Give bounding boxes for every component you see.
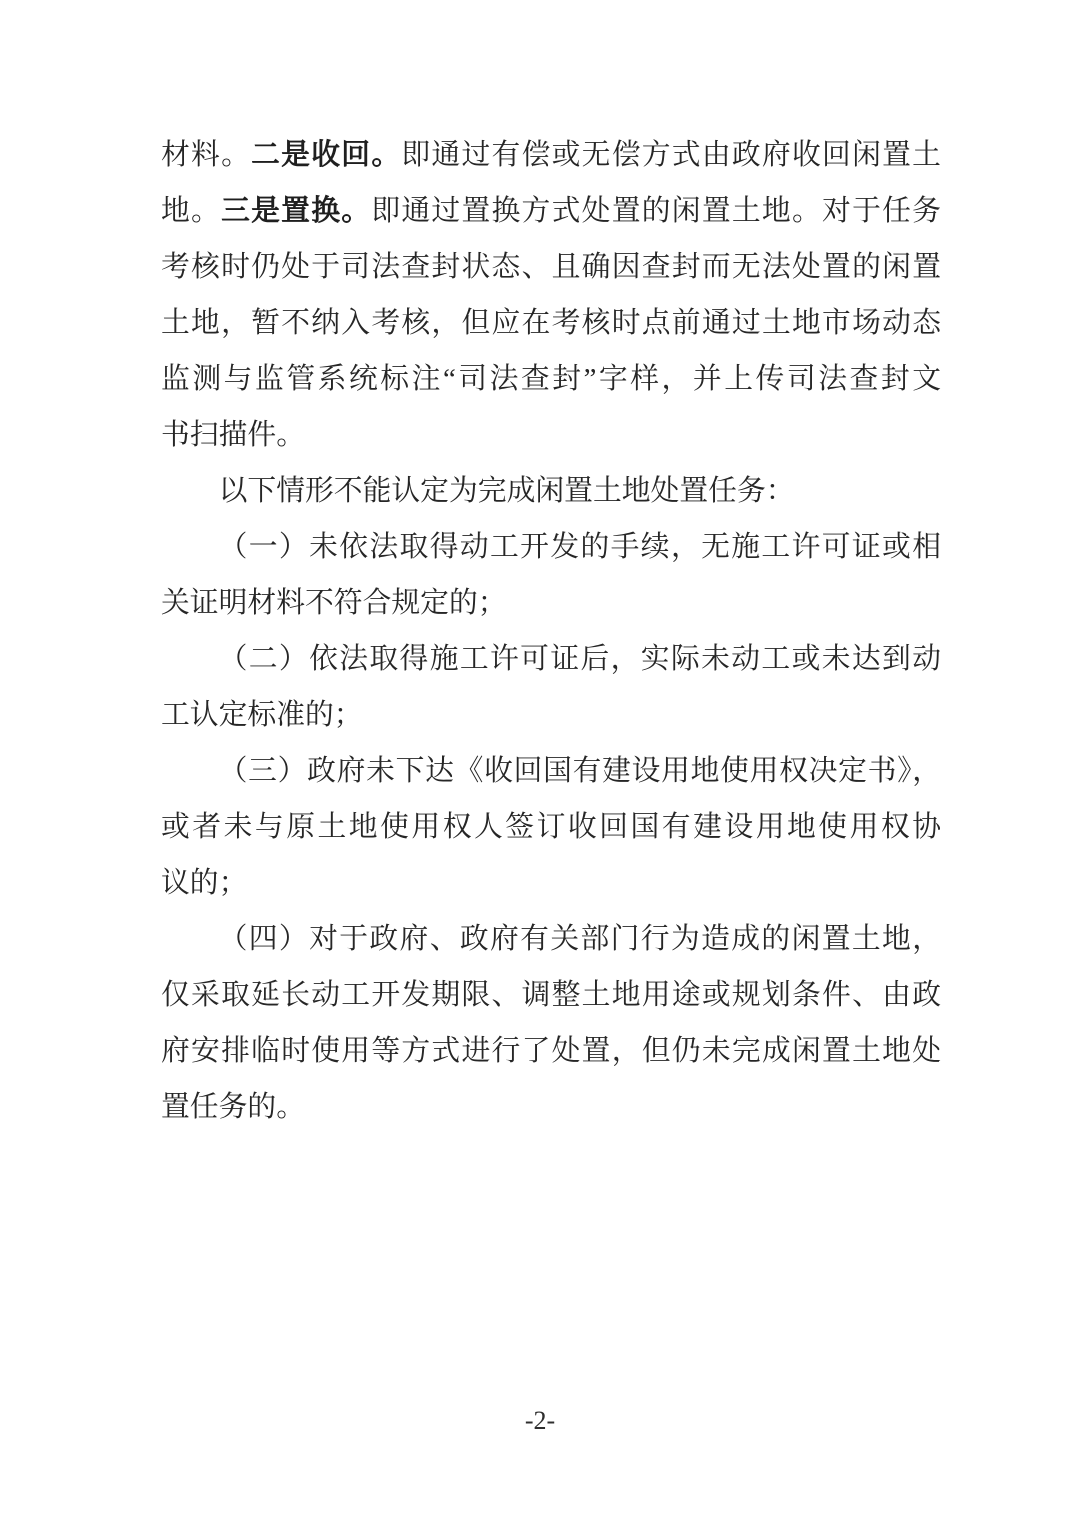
bold-emphasis-text: 三是置换。 <box>221 195 371 227</box>
text-line: （四）对于政府、政府有关部门行为造成的闲置土地， <box>161 911 941 967</box>
text-line: （一）未依法取得动工开发的手续，无施工许可证或相 <box>161 519 941 575</box>
body-text: （三）政府未下达《收回国有建设用地使用权决定书》， <box>219 755 941 787</box>
text-line: 府安排临时使用等方式进行了处置，但仍未完成闲置土地处 <box>161 1023 941 1079</box>
text-line: 以下情形不能认定为完成闲置土地处置任务： <box>161 463 941 519</box>
text-line: 置任务的。 <box>161 1079 941 1135</box>
text-line: 地。三是置换。即通过置换方式处置的闲置土地。对于任务 <box>161 183 941 239</box>
body-text: 书扫描件。 <box>161 419 305 451</box>
body-text: （二）依法取得施工许可证后，实际未动工或未达到动 <box>219 643 941 675</box>
document-page: 材料。二是收回。即通过有偿或无偿方式由政府收回闲置土地。三是置换。即通过置换方式… <box>0 0 1080 1527</box>
text-line: 仅采取延长动工开发期限、调整土地用途或规划条件、由政 <box>161 967 941 1023</box>
body-text: 考核时仍处于司法查封状态、且确因查封而无法处置的闲置 <box>161 251 941 283</box>
text-line: 书扫描件。 <box>161 407 941 463</box>
body-text: 置任务的。 <box>161 1091 305 1123</box>
body-text: 即通过置换方式处置的闲置土地。对于任务 <box>371 195 941 227</box>
text-line: 材料。二是收回。即通过有偿或无偿方式由政府收回闲置土 <box>161 127 941 183</box>
text-line: 议的； <box>161 855 941 911</box>
text-line: （二）依法取得施工许可证后，实际未动工或未达到动 <box>161 631 941 687</box>
text-line: 监测与监管系统标注“司法查封”字样，并上传司法查封文 <box>161 351 941 407</box>
text-line: 关证明材料不符合规定的； <box>161 575 941 631</box>
body-text: 以下情形不能认定为完成闲置土地处置任务： <box>219 475 795 507</box>
body-text: 议的； <box>161 867 247 899</box>
body-text: 地。 <box>161 195 221 227</box>
body-text: （一）未依法取得动工开发的手续，无施工许可证或相 <box>219 531 941 563</box>
bold-emphasis-text: 二是收回。 <box>251 139 401 171</box>
text-line: 工认定标准的； <box>161 687 941 743</box>
body-text: 府安排临时使用等方式进行了处置，但仍未完成闲置土地处 <box>161 1035 941 1067</box>
body-text: （四）对于政府、政府有关部门行为造成的闲置土地， <box>219 923 941 955</box>
body-text: 土地，暂不纳入考核，但应在考核时点前通过土地市场动态 <box>161 307 941 339</box>
text-line: 或者未与原土地使用权人签订收回国有建设用地使用权协 <box>161 799 941 855</box>
text-line: 土地，暂不纳入考核，但应在考核时点前通过土地市场动态 <box>161 295 941 351</box>
text-line: （三）政府未下达《收回国有建设用地使用权决定书》， <box>161 743 941 799</box>
body-text: 或者未与原土地使用权人签订收回国有建设用地使用权协 <box>161 811 941 843</box>
body-text: 仅采取延长动工开发期限、调整土地用途或规划条件、由政 <box>161 979 941 1011</box>
body-text: 关证明材料不符合规定的； <box>161 587 507 619</box>
body-text: 即通过有偿或无偿方式由政府收回闲置土 <box>401 139 941 171</box>
body-text: 材料。 <box>161 139 251 171</box>
page-number: -2- <box>0 1405 1080 1437</box>
text-line: 考核时仍处于司法查封状态、且确因查封而无法处置的闲置 <box>161 239 941 295</box>
body-text: 监测与监管系统标注“司法查封”字样，并上传司法查封文 <box>161 363 941 395</box>
document-body: 材料。二是收回。即通过有偿或无偿方式由政府收回闲置土地。三是置换。即通过置换方式… <box>161 127 941 1135</box>
body-text: 工认定标准的； <box>161 699 363 731</box>
